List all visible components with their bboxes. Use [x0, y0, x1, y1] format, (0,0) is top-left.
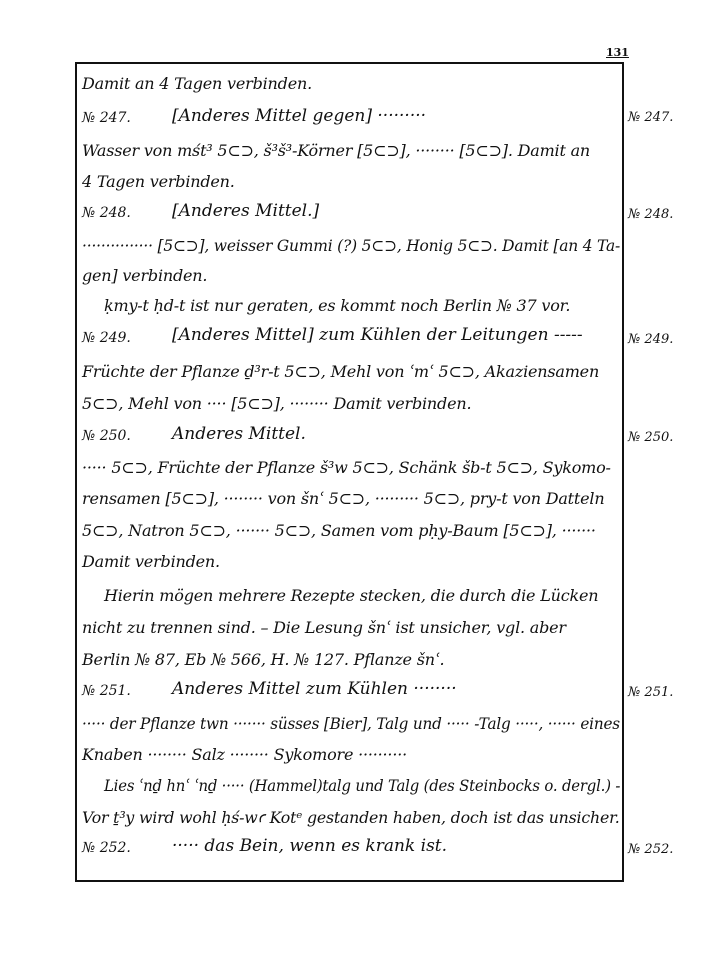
margin-number-252: № 252. — [628, 842, 673, 857]
text-line: ··············· [5⊂⊃], weisser Gummi (?)… — [82, 236, 620, 255]
page-number: 131 — [606, 46, 629, 59]
text-line: ····· der Pflanze twn ······· süsses [Bi… — [82, 714, 620, 733]
text-line: Damit verbinden. — [82, 552, 220, 571]
text-line: 5⊂⊃, Natron 5⊂⊃, ······· 5⊂⊃, Samen vom … — [82, 521, 596, 540]
entry-title-252: ····· das Bein, wenn es krank ist. — [172, 836, 447, 856]
margin-number-248: № 248. — [628, 207, 673, 222]
entry-number-251: № 251. — [82, 683, 131, 699]
entry-title-251: Anderes Mittel zum Kühlen ········ — [172, 679, 457, 699]
text-line: ḳmy-t ḥd-t ist nur geraten, es kommt noc… — [104, 296, 570, 315]
text-line: Berlin № 87, Eb № 566, H. № 127. Pflanze… — [82, 650, 444, 669]
text-line: Knaben ········ Salz ········ Sykomore ·… — [82, 745, 407, 764]
entry-title-249: [Anderes Mittel] zum Kühlen der Leitunge… — [172, 325, 583, 345]
text-line: Damit an 4 Tagen verbinden. — [82, 74, 312, 93]
margin-number-249: № 249. — [628, 332, 673, 347]
text-line: gen] verbinden. — [82, 266, 207, 285]
text-line: 5⊂⊃, Mehl von ···· [5⊂⊃], ········ Damit… — [82, 394, 471, 413]
entry-number-247: № 247. — [82, 110, 131, 126]
text-line: Vor ṯ³y wird wohl ḥś-wꜥ Kotᵉ gestanden h… — [82, 808, 620, 827]
entry-title-250: Anderes Mittel. — [172, 424, 306, 444]
entry-number-249: № 249. — [82, 330, 131, 346]
entry-number-252: № 252. — [82, 840, 131, 856]
text-line: nicht zu trennen sind. – Die Lesung šnʿ … — [82, 618, 566, 637]
entry-title-248: [Anderes Mittel.] — [172, 201, 319, 221]
text-line: Lies ʿnḏ hnʿ ʿnḏ ····· (Hammel)talg und … — [104, 776, 620, 795]
entry-number-250: № 250. — [82, 428, 131, 444]
margin-number-250: № 250. — [628, 430, 673, 445]
text-line: Hierin mögen mehrere Rezepte stecken, di… — [104, 586, 598, 605]
margin-number-247: № 247. — [628, 110, 673, 125]
text-line: ····· 5⊂⊃, Früchte der Pflanze š³w 5⊂⊃, … — [82, 458, 611, 477]
text-line: Früchte der Pflanze ḏ³r-t 5⊂⊃, Mehl von … — [82, 362, 599, 381]
text-line: 4 Tagen verbinden. — [82, 172, 235, 191]
text-line: rensamen [5⊂⊃], ········ von šnʿ 5⊂⊃, ··… — [82, 489, 604, 508]
entry-number-248: № 248. — [82, 205, 131, 221]
text-line: Wasser von mśt³ 5⊂⊃, š³š³-Körner [5⊂⊃], … — [82, 141, 590, 160]
entry-title-247: [Anderes Mittel gegen] ········· — [172, 106, 426, 126]
margin-number-251: № 251. — [628, 685, 673, 700]
